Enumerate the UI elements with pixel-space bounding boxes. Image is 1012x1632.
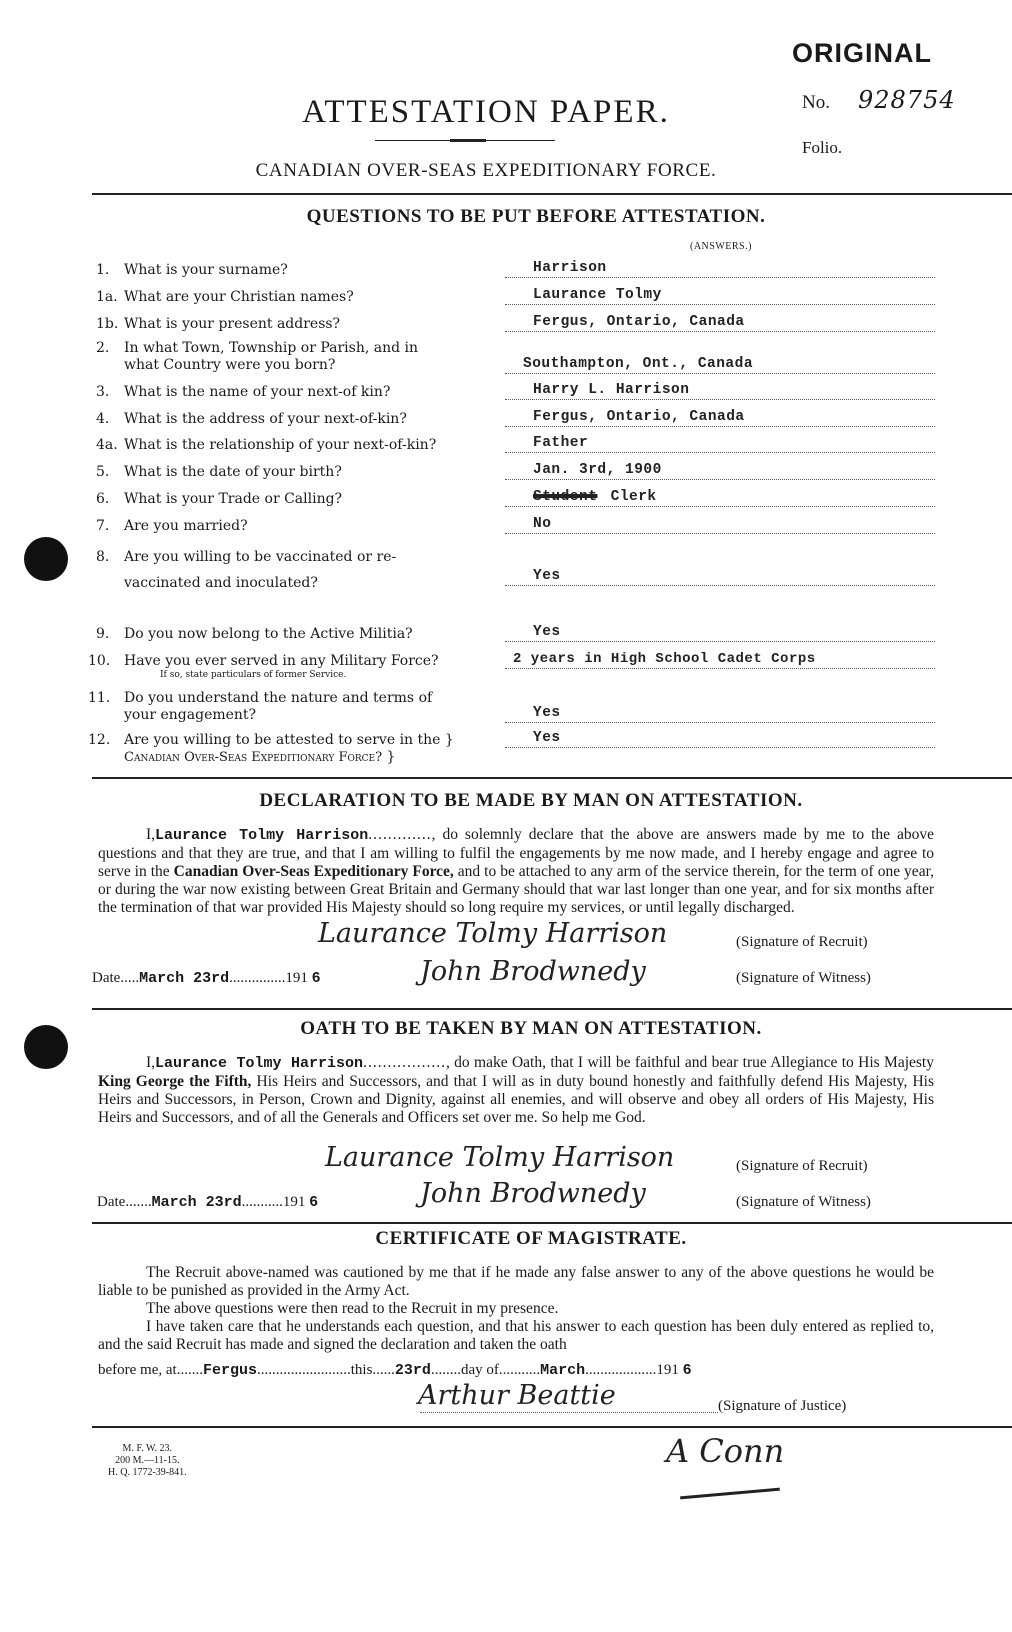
certificate-month: March <box>540 1362 585 1379</box>
answer-christian-names: Laurance Tolmy <box>505 287 935 305</box>
answer-married: No <box>505 516 935 534</box>
question-3: 3.What is the name of your next-of kin? <box>96 384 496 401</box>
answer-vaccinated: Yes <box>505 568 935 586</box>
oath-recruit-signature-label: (Signature of Recruit) <box>736 1158 868 1175</box>
question-10: 10.Have you ever served in any Military … <box>88 653 488 681</box>
answer-birthplace: Southampton, Ont., Canada <box>505 356 935 374</box>
certificate-section-title: CERTIFICATE OF MAGISTRATE. <box>0 1228 1012 1250</box>
section-divider <box>92 1008 1012 1010</box>
declaration-recruit-signature: Laurance Tolmy Harrison <box>318 918 667 949</box>
oath-recruit-name: Laurance Tolmy Harrison <box>155 1055 363 1072</box>
declaration-witness-signature-label: (Signature of Witness) <box>736 970 871 987</box>
declaration-witness-signature: John Brodwnedy <box>420 956 646 987</box>
answer-next-of-kin-relationship: Father <box>505 435 935 453</box>
oath-witness-signature-label: (Signature of Witness) <box>736 1194 871 1211</box>
question-4a: 4a.What is the relationship of your next… <box>96 437 516 454</box>
approval-signature: A Conn <box>666 1432 784 1470</box>
title-divider-ornament <box>450 139 486 142</box>
question-12: 12.Are you willing to be attested to ser… <box>88 732 488 766</box>
answer-surname: Harrison <box>505 260 935 278</box>
certificate-place: Fergus <box>203 1362 257 1379</box>
form-code: M. F. W. 23. 200 M.—11-15. H. Q. 1772-39… <box>108 1443 187 1479</box>
justice-signature-label: (Signature of Justice) <box>718 1398 846 1415</box>
answer-next-of-kin-name: Harry L. Harrison <box>505 382 935 400</box>
oath-witness-signature: John Brodwnedy <box>420 1178 646 1209</box>
question-5: 5.What is the date of your birth? <box>96 464 496 481</box>
struck-answer: Student <box>505 489 597 505</box>
oath-section-title: OATH TO BE TAKEN BY MAN ON ATTESTATION. <box>0 1018 1012 1040</box>
page-subtitle: CANADIAN OVER-SEAS EXPEDITIONARY FORCE. <box>0 160 1012 182</box>
answer-trade: Student Clerk <box>505 489 935 507</box>
answer-willing-to-serve: Yes <box>505 730 935 748</box>
original-stamp: ORIGINAL <box>792 38 932 69</box>
answer-military-service: 2 years in High School Cadet Corps <box>505 651 935 669</box>
answer-active-militia: Yes <box>505 624 935 642</box>
justice-signature-line <box>420 1412 718 1413</box>
answer-date-of-birth: Jan. 3rd, 1900 <box>505 462 935 480</box>
answers-column-label: (ANSWERS.) <box>690 241 752 252</box>
answer-understand-terms: Yes <box>505 705 935 723</box>
question-10-note: If so, state particulars of former Servi… <box>88 670 488 681</box>
question-4: 4.What is the address of your next-of-ki… <box>96 411 496 428</box>
question-7: 7.Are you married? <box>96 518 496 535</box>
section-divider <box>92 777 1012 779</box>
section-divider <box>92 1426 1012 1428</box>
question-6: 6.What is your Trade or Calling? <box>96 491 496 508</box>
question-1b: 1b.What is your present address? <box>96 316 496 333</box>
section-divider <box>92 193 1012 195</box>
declaration-date-row: Date.....March 23rd...............191 6 <box>92 970 321 987</box>
question-1a: 1a.What are your Christian names? <box>96 289 496 306</box>
approval-signature-flourish <box>680 1488 780 1500</box>
oath-date-row: Date.......March 23rd...........191 6 <box>97 1194 318 1211</box>
question-2: 2.In what Town, Township or Parish, and … <box>96 340 496 374</box>
declaration-section-title: DECLARATION TO BE MADE BY MAN ON ATTESTA… <box>0 790 1012 812</box>
questions-section-title: QUESTIONS TO BE PUT BEFORE ATTESTATION. <box>0 206 1012 228</box>
punch-hole <box>24 537 68 581</box>
certificate-place-date-row: before me, at.......Fergus..............… <box>98 1362 692 1379</box>
folio-label: Folio. <box>802 138 842 158</box>
page-title: ATTESTATION PAPER. <box>0 94 1012 131</box>
answer-present-address: Fergus, Ontario, Canada <box>505 314 935 332</box>
oath-recruit-signature: Laurance Tolmy Harrison <box>325 1142 674 1173</box>
justice-signature: Arthur Beattie <box>418 1380 616 1411</box>
declaration-recruit-name: Laurance Tolmy Harrison <box>155 827 368 844</box>
question-9: 9.Do you now belong to the Active Militi… <box>96 626 496 643</box>
certificate-text: The Recruit above-named was cautioned by… <box>98 1264 934 1354</box>
section-divider <box>92 1222 1012 1224</box>
question-1: 1.What is your surname? <box>96 262 496 279</box>
question-8: 8.Are you willing to be vaccinated or re… <box>96 544 496 596</box>
declaration-recruit-signature-label: (Signature of Recruit) <box>736 934 868 951</box>
answer-next-of-kin-address: Fergus, Ontario, Canada <box>505 409 935 427</box>
declaration-text: I,Laurance Tolmy Harrison............., … <box>98 826 934 917</box>
certificate-day: 23rd <box>395 1362 431 1379</box>
question-11: 11.Do you understand the nature and term… <box>88 690 488 724</box>
oath-text: I,Laurance Tolmy Harrison...............… <box>98 1054 934 1127</box>
